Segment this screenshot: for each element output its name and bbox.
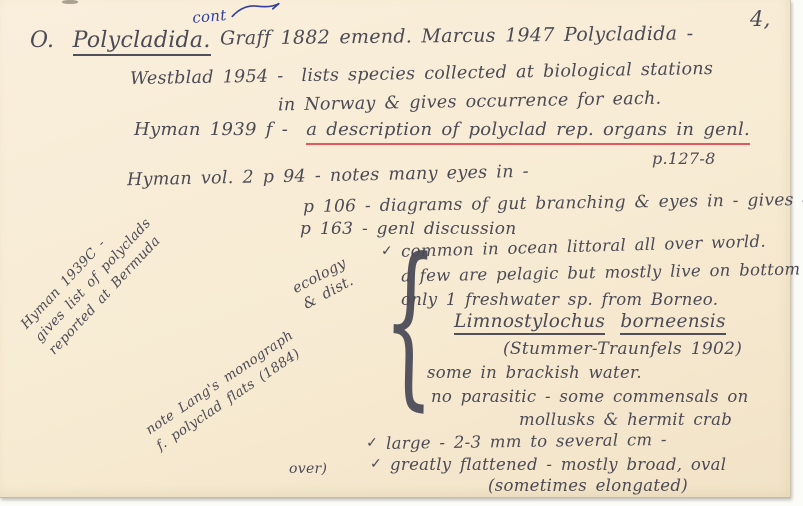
checkmark-icon: ✓	[370, 456, 382, 472]
margin-note-line: note Lang's monograph	[142, 327, 297, 440]
shape-note-text: greatly flattened - mostly broad, oval	[390, 455, 726, 474]
margin-note-lang: note Lang's monograph f. polyclad flats …	[142, 327, 308, 456]
size-note-text: large - 2-3 mm to several cm -	[386, 430, 667, 453]
ecology-line4: some in brackish water.	[427, 363, 642, 382]
index-card: cont 4, O. Polycladida. Graff 1882 emend…	[0, 0, 791, 498]
checkmark-icon: ✓	[381, 243, 393, 259]
checkmark-icon: ✓	[366, 435, 378, 451]
scan-artifact	[62, 0, 78, 4]
ecology-line2: a few are pelagic but mostly live on bot…	[401, 260, 801, 286]
margin-note-line: f. polyclad flats (1884)	[153, 342, 308, 455]
scanned-index-card-page: cont 4, O. Polycladida. Graff 1882 emend…	[0, 0, 803, 506]
continuation-label: cont	[191, 6, 227, 27]
page-ref: p.127-8	[652, 149, 716, 168]
hyman-vol-p94: Hyman vol. 2 p 94 - notes many eyes in -	[127, 162, 529, 190]
westblad-note-line1: Westblad 1954 -lists species collected a…	[130, 59, 714, 89]
hyman1939-citation: Hyman 1939 f -	[134, 119, 288, 140]
hyman1939-note: Hyman 1939 f -a description of polyclad …	[134, 119, 750, 140]
species-name: Limnostylochus borneensis	[454, 311, 726, 332]
margin-note-line: gives list of polyclads	[31, 215, 156, 347]
continuation-note: cont	[191, 0, 283, 27]
westblad-text: lists species collected at biological st…	[301, 59, 713, 86]
order-name: Polycladida.	[73, 28, 211, 56]
page-number: 4,	[750, 7, 771, 31]
over-note: over)	[289, 461, 327, 477]
westblad-note-line2: in Norway & gives occurrence for each.	[278, 89, 662, 116]
red-underlined-phrase: a description of polyclad rep. organs in…	[306, 119, 750, 145]
margin-note-hyman1939c: Hyman 1939C - gives list of polyclads re…	[17, 202, 170, 360]
size-note: ✓large - 2-3 mm to several cm -	[366, 430, 667, 453]
ecology-line3: only 1 freshwater sp. from Borneo.	[401, 290, 718, 309]
shape-note: ✓greatly flattened - mostly broad, oval	[370, 455, 726, 474]
species-genus: Limnostylochus	[454, 311, 605, 335]
hyman-vol-p106: p 106 - diagrams of gut branching & eyes…	[303, 189, 803, 217]
shape-note-parenthetical: (sometimes elongated)	[488, 476, 688, 495]
ecology-line6: mollusks & hermit crab	[519, 410, 732, 429]
species-epithet: borneensis	[620, 311, 725, 335]
heading-authority: Graff 1882 emend. Marcus 1947 Polycladid…	[220, 23, 694, 50]
westblad-citation: Westblad 1954 -	[130, 66, 284, 89]
ecology-line5: no parasitic - some commensals on	[431, 387, 749, 406]
card-heading: O. Polycladida.	[30, 28, 211, 53]
continuation-arrow-icon	[229, 0, 282, 22]
ecology-label: ecology & dist.	[289, 255, 358, 316]
order-abbrev: O.	[30, 28, 54, 53]
species-authority: (Stummer-Traunfels 1902)	[503, 339, 742, 359]
